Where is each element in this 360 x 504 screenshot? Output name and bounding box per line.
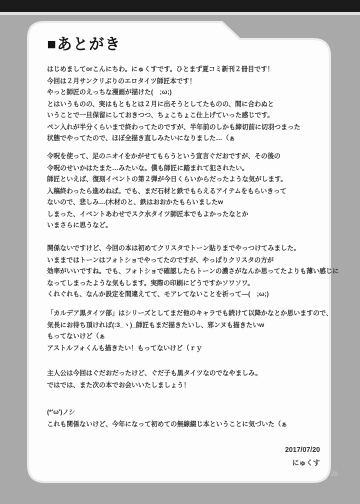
page-number: 26: [331, 472, 338, 478]
afterword-paragraph: 令呪を使って、足のニオイをかがせてもらうという宣言ぐだおですが、その後の 令呪の…: [47, 151, 323, 232]
afterword-line: 令呪を使って、足のニオイをかがせてもらうという宣言ぐだおですが、その後の: [47, 151, 323, 163]
afterword-content: ■あとがき はじめましてorこんにちわ。にゅくすです。ひとまず夏コミ新刊２冊目で…: [0, 0, 360, 504]
afterword-line: いうことで一旦保留にしておきつつ、ちょこちょこ仕上げていった感じです。: [47, 110, 323, 122]
afterword-line: とはいうものの、実はもともとは２月に出そうとしてたものの、間に合わぬと: [47, 99, 323, 111]
afterword-line: なってしまったような気もします。実際の印刷にどうですかソワソワ。: [47, 278, 323, 290]
afterword-line: いまさらに思うなど。: [47, 220, 323, 232]
afterword-line: 今回は２月サンクリぶりのエロタイツ師匠本です！: [47, 76, 323, 88]
afterword-line: もってないけど（ぁ: [47, 331, 323, 343]
afterword-line: 効率がいいですね。でも、フォトショで確認したらトーンの濃さがなんか思ってたよりも…: [47, 266, 323, 278]
afterword-line: くれぐれも、なんか設定を間違えてて、モアレてないことを祈って―( ;ω;): [47, 289, 323, 301]
afterword-line: 「カルデア黒タイツ部」はシリーズとしてまだ他のキャラでも続けて以降かなとか思いま…: [47, 308, 323, 320]
afterword-paragraph: はじめましてorこんにちわ。にゅくすです。ひとまず夏コミ新刊２冊目です！ 今回は…: [47, 64, 323, 145]
afterword-line: 関係ないですけど、今回の本は初めてクリスタでトーン貼りまでやっつけてみました。: [47, 243, 323, 255]
afterword-line: 状態でやってたので、ほぼ全描き直しみたいになりました…（ぁ: [47, 133, 323, 145]
afterword-line: 主人公は今回はぐだおだったけど、ぐだ子も黒タイツなのでなやましみ。: [47, 368, 323, 380]
afterword-paragraph: 関係ないですけど、今回の本は初めてクリスタでトーン貼りまでやっつけてみました。 …: [47, 243, 323, 301]
afterword-footer: 2017/07/20 にゅくす: [285, 444, 320, 470]
date-text: 2017/07/20: [285, 444, 320, 457]
afterword-line: いままではトーンはフォトショでやってたのですが、やっぱりクリスタの方が: [47, 255, 323, 267]
afterword-line: しまった、イベントあわせでスク水タイツ師匠本でもよかったなとか: [47, 209, 323, 221]
afterword-line: アストルフォくんも描きたい！もってないけど（ｒｙ: [47, 343, 323, 355]
scanned-afterword-page: ■あとがき はじめましてorこんにちわ。にゅくすです。ひとまず夏コミ新刊２冊目で…: [0, 0, 360, 504]
afterword-line: ではでは、また次の本でお会いいたしましょう！: [47, 380, 323, 392]
afterword-line: ないので、悲しみ…(木材のと、鉄はおおかたもらいましたw: [47, 197, 323, 209]
page-title: ■あとがき: [47, 33, 121, 54]
afterword-line: 師匠といえば、復刻イベントの第２弾が今日くらいからだったような気がします。: [47, 174, 323, 186]
afterword-line: 令呪のせいかはたまた…みたいな。僕も師匠に踏まれて犯されたい。: [47, 163, 323, 175]
afterword-paragraph: (*'ω')ノシ これも関係ないけど、今年になって初めての無線綴じ本ということに…: [47, 407, 323, 430]
afterword-line: 入稿終わったら進めねば。でも、まだ石材と鉄でもらえるアイテムをもらいきって: [47, 186, 323, 198]
afterword-paragraph: 主人公は今回はぐだおだったけど、ぐだ子も黒タイツなのでなやましみ。 ではでは、ま…: [47, 368, 323, 391]
afterword-paragraph: 「カルデア黒タイツ部」はシリーズとしてまだ他のキャラでも続けて以降かなとか思いま…: [47, 308, 323, 354]
signature-text: にゅくす: [285, 457, 320, 470]
afterword-line: これも関係ないけど、今年になって初めての無線綴じ本ということに気づいた（ぁ: [47, 419, 323, 431]
kaomoji-wave-line: (*'ω')ノシ: [47, 407, 323, 419]
afterword-line: はじめましてorこんにちわ。にゅくすです。ひとまず夏コミ新刊２冊目です！: [47, 64, 323, 76]
afterword-line: 気長にお待ち頂ければ(:3_ヽ)_師匠もまだ描きたいし、邪ンヌも描きたいw: [47, 320, 323, 332]
afterword-line: ペン入れが半分くらいまで終わってたのですが、半年前のしかも締切前に切羽つまった: [47, 122, 323, 134]
afterword-line: やっと師匠のえっちな漫画が描けた( ;ω;): [47, 87, 323, 99]
